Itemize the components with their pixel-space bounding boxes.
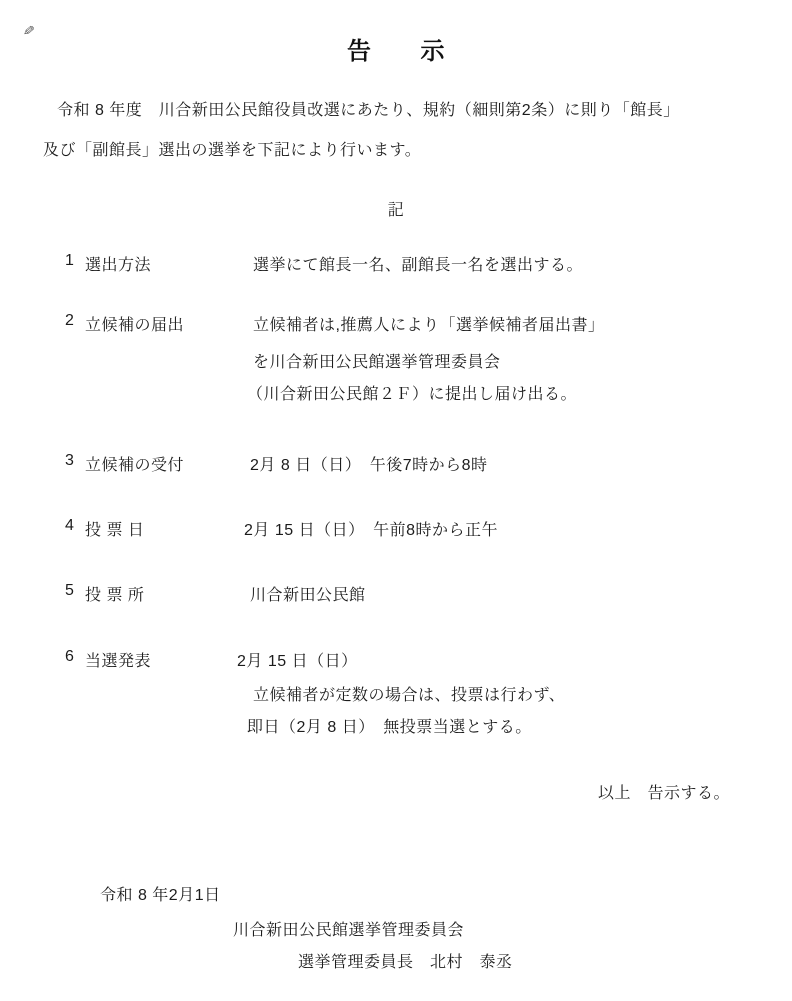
item-content: 立候補者は,推薦人により「選挙候補者届出書」 — [253, 312, 604, 335]
closing-statement: 以上 告示する。 — [598, 783, 730, 805]
item-content-continuation: （川合新田公民館２Ｆ）に提出し届け出る。 — [247, 384, 577, 406]
item-content: 川合新田公民館 — [250, 582, 366, 605]
notice-title: 告 示 — [0, 31, 792, 66]
record-marker: 記 — [0, 197, 792, 220]
item-content: 2月 15 日（日） 午前8時から正午 — [244, 517, 498, 540]
issue-date: 令和 8 年2月1日 — [100, 885, 221, 907]
item-number: 3 — [65, 452, 74, 470]
issuing-organization: 川合新田公民館選挙管理委員会 — [233, 920, 464, 942]
intro-line-1: 令和 8 年度 川合新田公民館役員改選にあたり、規約（細則第2条）に則り「館長」 — [57, 100, 680, 122]
item-number: 5 — [65, 582, 74, 600]
signature-line: 選挙管理委員長 北村 泰丞 — [298, 952, 513, 974]
item-content: 選挙にて館長一名、副館長一名を選出する。 — [253, 252, 583, 275]
item-number: 6 — [65, 648, 74, 666]
item-number: 2 — [65, 312, 74, 330]
item-content: 2月 8 日（日） 午後7時から8時 — [250, 452, 488, 475]
item-label: 立候補の届出 — [85, 312, 184, 335]
item-label: 投 票 日 — [85, 517, 144, 540]
item-label: 選出方法 — [85, 252, 151, 275]
item-row-voting-day: 4 投 票 日 2月 15 日（日） 午前8時から正午 — [0, 517, 792, 541]
item-row-results-announcement: 6 当選発表 2月 15 日（日） — [0, 648, 792, 672]
item-row-selection-method: 1 選出方法 選挙にて館長一名、副館長一名を選出する。 — [0, 252, 792, 276]
item-content-continuation: 立候補者が定数の場合は、投票は行わず、 — [253, 685, 565, 707]
item-number: 4 — [65, 517, 74, 535]
intro-line-2: 及び「副館長」選出の選挙を下記により行います。 — [43, 140, 421, 162]
item-content-continuation: 即日（2月 8 日） 無投票当選とする。 — [247, 717, 532, 739]
item-row-candidacy-reception: 3 立候補の受付 2月 8 日（日） 午後7時から8時 — [0, 452, 792, 476]
item-number: 1 — [65, 252, 74, 270]
item-label: 立候補の受付 — [85, 452, 184, 475]
item-row-candidacy-filing: 2 立候補の届出 立候補者は,推薦人により「選挙候補者届出書」 — [0, 312, 792, 336]
item-label: 投 票 所 — [85, 582, 144, 605]
notice-document: ✎ 告 示 令和 8 年度 川合新田公民館役員改選にあたり、規約（細則第2条）に… — [0, 0, 792, 1001]
item-row-polling-place: 5 投 票 所 川合新田公民館 — [0, 582, 792, 606]
item-content: 2月 15 日（日） — [237, 648, 358, 671]
item-content-continuation: を川合新田公民館選挙管理委員会 — [253, 352, 501, 374]
item-label: 当選発表 — [85, 648, 151, 671]
